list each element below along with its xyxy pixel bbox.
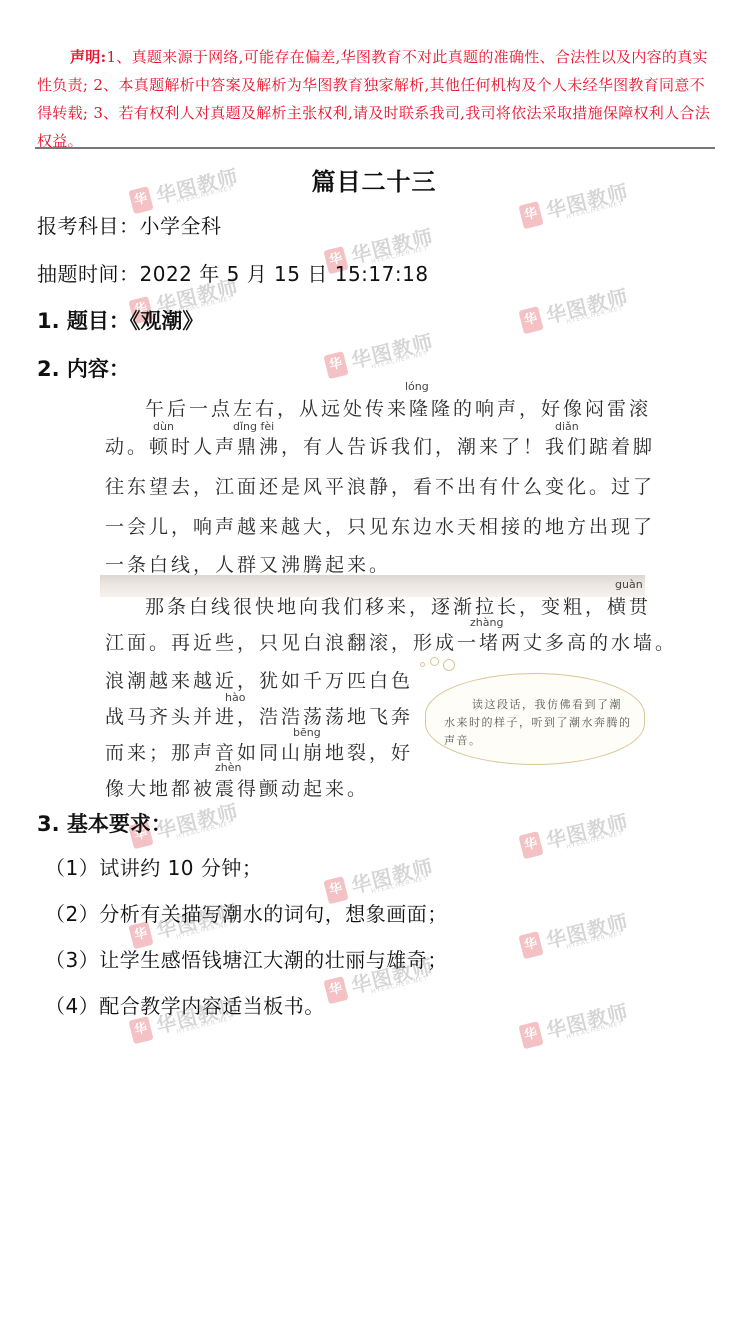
text-line: 像大地都被震得颤动起来。 [105,774,369,801]
pinyin: guàn [615,578,643,591]
requirement-item: （3）让学生感悟钱塘江大潮的壮丽与雄奇； [45,944,448,973]
disclaimer-lead: 声明: [70,48,106,66]
thought-bubble-text: 读这段话，我仿佛看到了潮水来时的样子，听到了潮水奔腾的声音。 [444,696,634,750]
draw-time: 抽题时间：2022 年 5 月 15 日 15:17:18 [37,258,429,287]
text-line: 往东望去，江面还是风平浪静，看不出有什么变化。过了 [105,472,655,499]
watermark-logo-icon: 华 [518,1021,543,1049]
watermark-logo-icon: 华 [518,931,543,959]
disclaimer-text: 1、真题来源于网络,可能存在偏差,华图教育不对此真题的准确性、合法性以及内容的真… [37,48,710,150]
text-line: 动。顿时人声鼎沸，有人告诉我们，潮来了！我们踮着脚 [105,432,655,459]
pinyin: lóng [405,380,429,393]
watermark-logo-icon: 华 [323,976,348,1004]
text-line: 浪潮越来越近，犹如千万匹白色 [105,666,413,693]
pinyin: zhèn [215,761,242,774]
watermark-logo-icon: 华 [323,351,348,379]
watermark: 华 华图教师 HTEACHER.NET [517,801,643,869]
text-line: 一条白线，人群又沸腾起来。 [105,550,391,577]
requirement-item: （1）试讲约 10 分钟； [45,852,262,881]
textbook-excerpt: lóng 午后一点左右，从远处传来隆隆的响声，好像闷雷滚 dùn dǐng fè… [100,380,645,800]
thought-dot [443,659,455,671]
thought-dot [420,662,425,667]
content-heading: 2. 内容： [37,353,130,383]
divider [35,147,715,149]
watermark: 华 华图教师 HTEACHER.NET [517,276,643,344]
thought-bubble: 读这段话，我仿佛看到了潮水来时的样子，听到了潮水奔腾的声音。 [425,673,645,765]
text-line: 一会儿，响声越来越大，只见东边水天相接的地方出现了 [105,512,655,539]
watermark-logo-icon: 华 [128,1016,153,1044]
watermark-logo-icon: 华 [518,201,543,229]
text-line: 江面。再近些，只见白浪翻滚，形成一堵两丈多高的水墙。 [105,628,677,655]
thought-dot [430,657,439,666]
document-title: 篇目二十三 [0,162,748,197]
watermark: 华 华图教师 HTEACHER.NET [517,991,643,1059]
text-line: 那条白线很快地向我们移来，逐渐拉长，变粗，横贯 [145,592,651,619]
watermark-logo-icon: 华 [518,831,543,859]
watermark: 华 华图教师 HTEACHER.NET [517,901,643,969]
exam-subject: 报考科目：小学全科 [37,210,222,239]
watermark: 华 华图教师 HTEACHER.NET [322,321,448,389]
text-line: 而来；那声音如同山崩地裂，好 [105,738,413,765]
requirement-item: （2）分析有关描写潮水的词句，想象画面； [45,898,448,927]
watermark-logo-icon: 华 [518,306,543,334]
requirement-item: （4）配合教学内容适当板书。 [45,990,325,1019]
topic-heading: 1. 题目：《观潮》 [37,305,203,335]
disclaimer: 声明:1、真题来源于网络,可能存在偏差,华图教育不对此真题的准确性、合法性以及内… [37,43,713,155]
requirements-heading: 3. 基本要求： [37,808,172,838]
text-line: 战马齐头并进，浩浩荡荡地飞奔 [105,702,413,729]
text-line: 午后一点左右，从远处传来隆隆的响声，好像闷雷滚 [145,394,651,421]
